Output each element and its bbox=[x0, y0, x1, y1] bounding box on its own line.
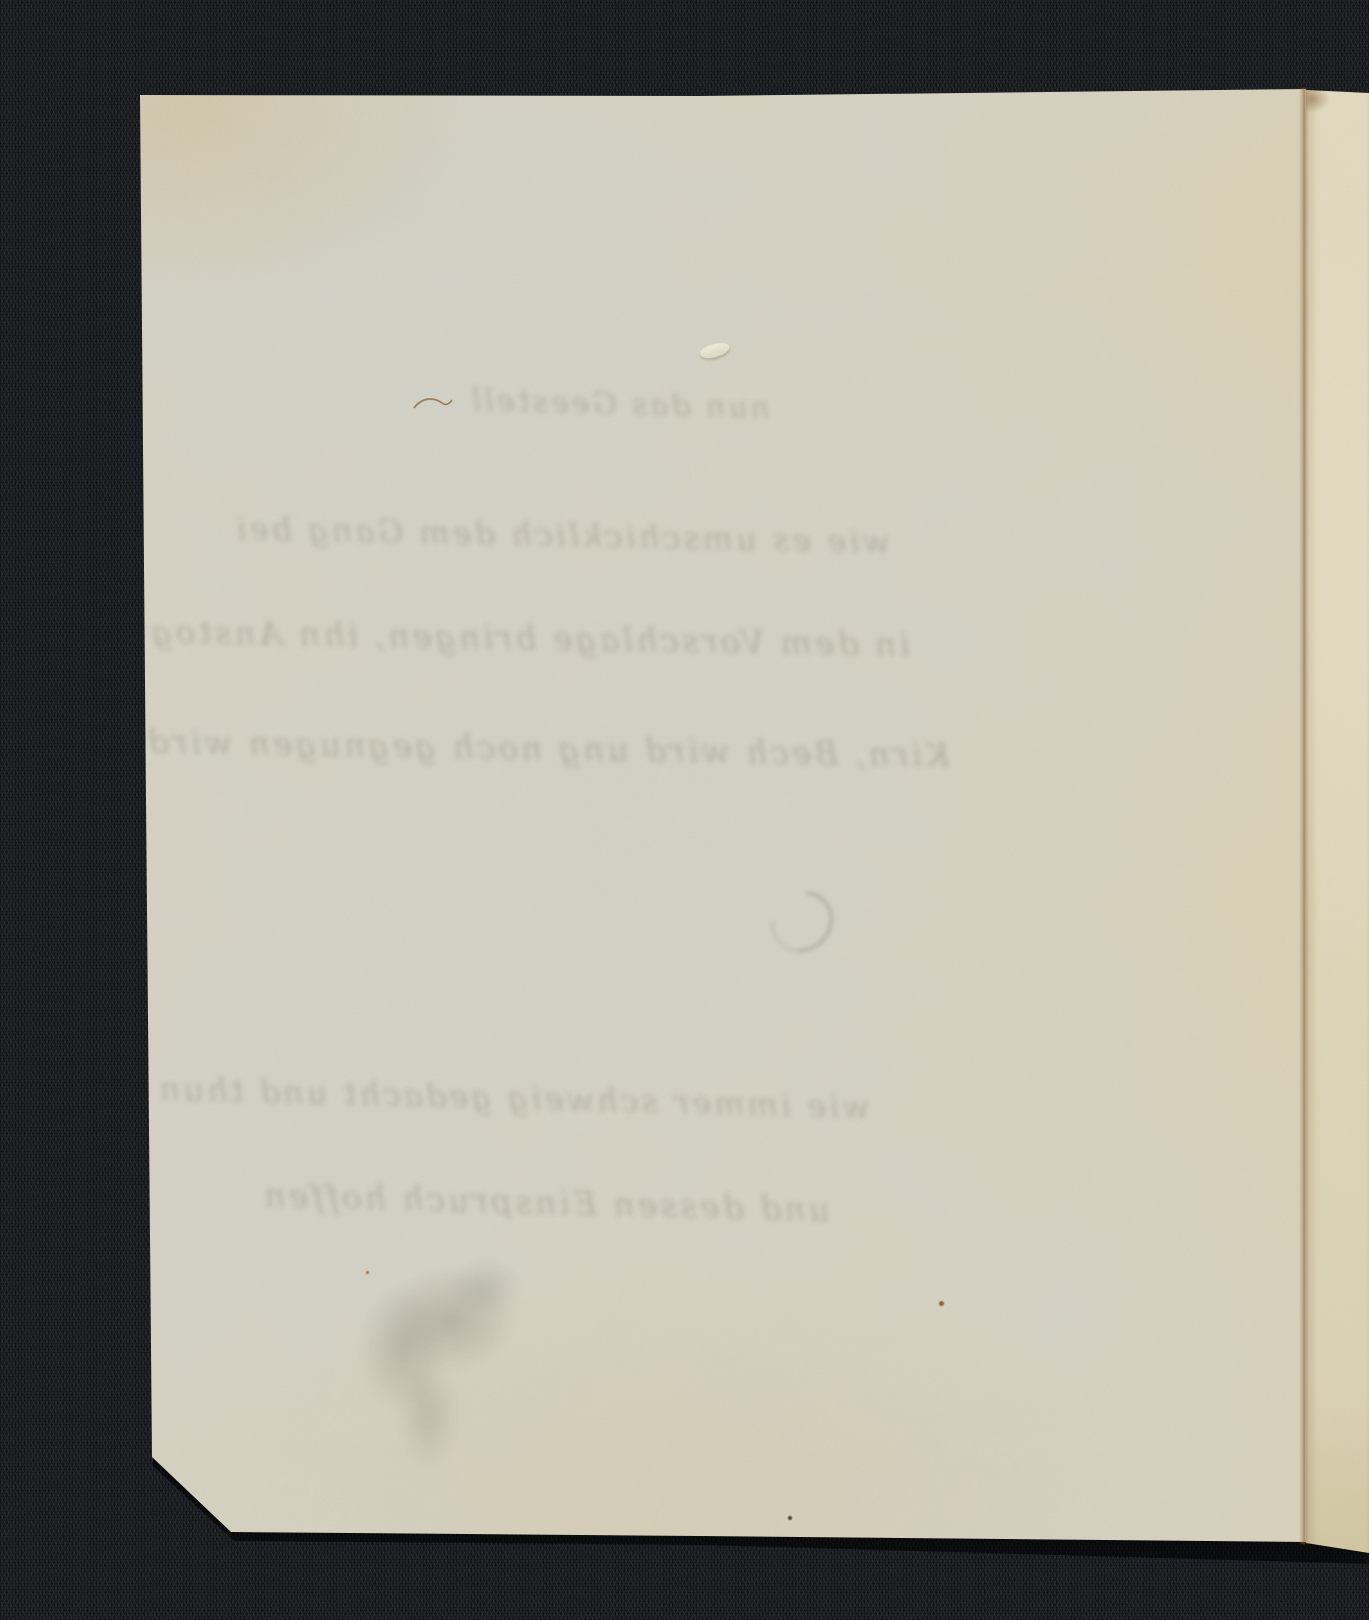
document-page: nun das Geestellwie es umschicklich dem … bbox=[0, 0, 1369, 1620]
archival-scan-photo: nun das Geestellwie es umschicklich dem … bbox=[0, 0, 1369, 1620]
bleedthrough-line: und dessen Einspruch hoffen bbox=[350, 1178, 831, 1230]
paper-fiber bbox=[412, 394, 456, 418]
bleedthrough-line: wie es umschicklich dem Gang bei bbox=[420, 513, 891, 561]
ink-smudge bbox=[330, 1225, 610, 1465]
bleedthrough-line: wie immer schweig gedacht und thun bbox=[390, 1076, 871, 1127]
bleedthrough-line: in dem Vorschlage bringen, ihn Anstog bbox=[330, 615, 911, 665]
bleedthrough-line: Kirn, Bech wird ung noch gegnugen wird bbox=[280, 724, 951, 775]
dirt-speck bbox=[366, 1271, 369, 1274]
dirt-speck bbox=[939, 1301, 944, 1306]
fold-crease bbox=[1299, 88, 1309, 1544]
bleedthrough-line: nun das Geestell bbox=[545, 385, 771, 427]
dirt-speck bbox=[788, 1516, 792, 1520]
bleedthrough-layer: nun das Geestellwie es umschicklich dem … bbox=[0, 0, 1369, 1620]
